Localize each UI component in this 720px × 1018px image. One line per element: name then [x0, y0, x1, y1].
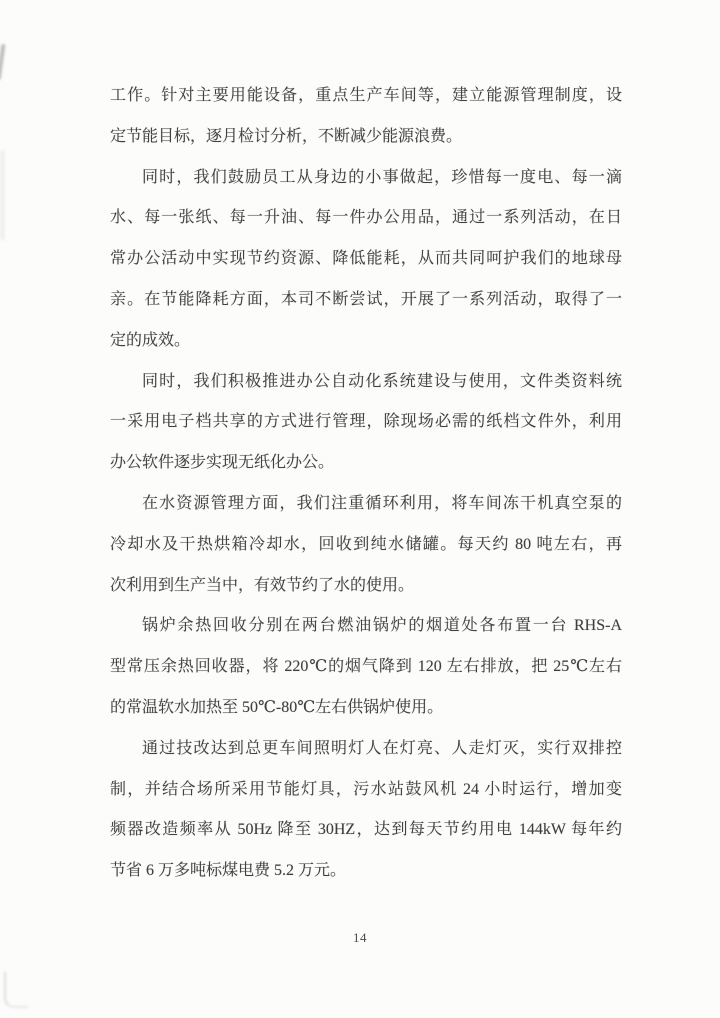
text-line: 定的成效。	[110, 321, 622, 362]
scan-edge-artifact-bottom-left	[4, 972, 28, 1008]
text-line: 节省 6 万多吨标煤电费 5.2 万元。	[110, 851, 622, 892]
scan-edge-artifact-left	[1, 150, 4, 240]
text-line: 一采用电子档共享的方式进行管理，除现场必需的纸档文件外，利用	[110, 402, 622, 443]
text-line: 在水资源管理方面，我们注重循环利用，将车间冻干机真空泵的	[110, 484, 622, 525]
text-line: 冷却水及干热烘箱冷却水，回收到纯水储罐。每天约 80 吨左右，再	[110, 525, 622, 566]
text-line: 常办公活动中实现节约资源、降低能耗，从而共同呵护我们的地球母	[110, 239, 622, 280]
page-number: 14	[0, 930, 720, 946]
text-line: 水、每一张纸、每一升油、每一件办公用品，通过一系列活动，在日	[110, 198, 622, 239]
text-line: 办公软件逐步实现无纸化办公。	[110, 443, 622, 484]
text-line: 亲。在节能降耗方面，本司不断尝试，开展了一系列活动，取得了一	[110, 280, 622, 321]
text-line: 频器改造频率从 50Hz 降至 30HZ，达到每天节约用电 144kW 每年约	[110, 810, 622, 851]
document-page: 工作。针对主要用能设备，重点生产车间等，建立能源管理制度，设 定节能目标，逐月检…	[0, 0, 720, 1018]
text-line: 型常压余热回收器，将 220℃的烟气降到 120 左右排放，把 25℃左右	[110, 647, 622, 688]
scan-edge-artifact-top-left	[0, 44, 5, 80]
text-line: 的常温软水加热至 50℃-80℃左右供锅炉使用。	[110, 688, 622, 729]
text-line: 通过技改达到总更车间照明灯人在灯亮、人走灯灭，实行双排控	[110, 729, 622, 770]
text-line: 工作。针对主要用能设备，重点生产车间等，建立能源管理制度，设	[110, 76, 622, 117]
text-line: 同时，我们积极推进办公自动化系统建设与使用，文件类资料统	[110, 362, 622, 403]
text-line: 同时，我们鼓励员工从身边的小事做起，珍惜每一度电、每一滴	[110, 158, 622, 199]
text-line: 制，并结合场所采用节能灯具，污水站鼓风机 24 小时运行，增加变	[110, 770, 622, 811]
document-text-block: 工作。针对主要用能设备，重点生产车间等，建立能源管理制度，设 定节能目标，逐月检…	[110, 76, 622, 892]
text-line: 次利用到生产当中，有效节约了水的使用。	[110, 566, 622, 607]
text-line: 定节能目标，逐月检讨分析，不断减少能源浪费。	[110, 117, 622, 158]
text-line: 锅炉余热回收分别在两台燃油锅炉的烟道处各布置一台 RHS-A	[110, 606, 622, 647]
